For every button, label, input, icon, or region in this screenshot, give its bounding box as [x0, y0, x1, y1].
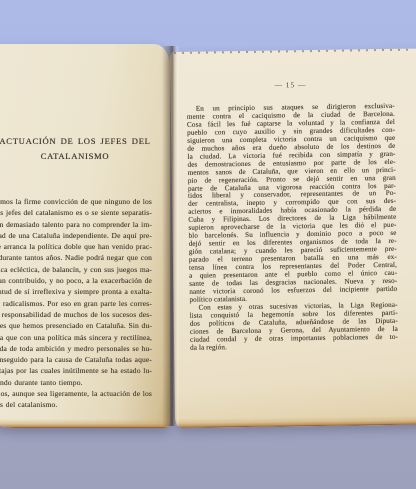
text-line: Tenemos la firme convicción de que ningu…	[0, 196, 152, 207]
text-line: cipales jefes del catalanismo es o se si…	[0, 207, 152, 218]
text-line: bilidad de una Cataluña independiente. D…	[0, 230, 152, 241]
text-line: pojada de toda ambición y medro personal…	[0, 343, 152, 354]
book-gutter-shadow	[162, 46, 179, 426]
text-line: Tienen demasiado talento para no compren…	[0, 219, 152, 230]
book-photo: ACTUACIÓN DE LOS JEFES DEL CATALANISMO T…	[0, 0, 416, 489]
paragraph: Con estas y otras sucesivas victorias, l…	[190, 302, 399, 353]
text-line: res han contribuido, y no poco, a la exa…	[0, 275, 152, 286]
text-line: Estudiemos, aunque sea ligeramente, la a…	[0, 388, 152, 399]
chapter-title: ACTUACIÓN DE LOS JEFES DEL CATALANISMO	[0, 134, 152, 164]
text-line: ra conseguido para la causa de Cataluña …	[0, 354, 152, 365]
text-line: mente arranca la política doble que han …	[0, 241, 152, 252]
text-line: política ecléctica, de balancín, y con s…	[0, 264, 152, 275]
text-line: da la región.	[190, 341, 398, 352]
right-page-aged-bottom-edge	[175, 415, 416, 427]
text-line: s y radicalismos. Por eso en gran parte …	[0, 298, 152, 309]
text-line: ventajas por las cuales inútilmente se h…	[0, 365, 152, 376]
text-line: ventud de sí irreflexiva y siempre pront…	[0, 286, 152, 297]
text-line: ndo durante tanto tiempo.	[0, 377, 152, 388]
paragraph: En un principio sus ataques se dirigiero…	[187, 103, 398, 305]
left-page-body-text: Tenemos la firme convicción de que ningu…	[0, 196, 152, 411]
text-line: de la responsabilidad de muchos de los s…	[0, 309, 152, 320]
left-page-aged-bottom-edge	[0, 419, 170, 428]
text-line: s del catalanismo.	[0, 399, 152, 410]
right-page-deckle-top-edge	[174, 49, 414, 54]
paragraph: Estudiemos, aunque sea ligeramente, la a…	[0, 388, 152, 411]
chapter-title-line-2: CATALANISMO	[0, 149, 152, 164]
text-line: ndo durante tantos años. Nadie podrá neg…	[0, 252, 152, 263]
chapter-title-line-1: ACTUACIÓN DE LOS JEFES DEL	[0, 134, 152, 149]
left-page: ACTUACIÓN DE LOS JEFES DEL CATALANISMO T…	[0, 44, 170, 428]
right-page: — 15 — En un principio sus ataques se di…	[170, 49, 416, 428]
right-page-body-text: En un principio sus ataques se dirigiero…	[187, 103, 398, 352]
paragraph: Tenemos la firme convicción de que ningu…	[0, 196, 152, 388]
page-number: — 15 —	[186, 79, 394, 91]
text-line: dables que hemos presenciado en Cataluña…	[0, 320, 152, 331]
text-line: alguna que con una política más sincera …	[0, 332, 152, 343]
